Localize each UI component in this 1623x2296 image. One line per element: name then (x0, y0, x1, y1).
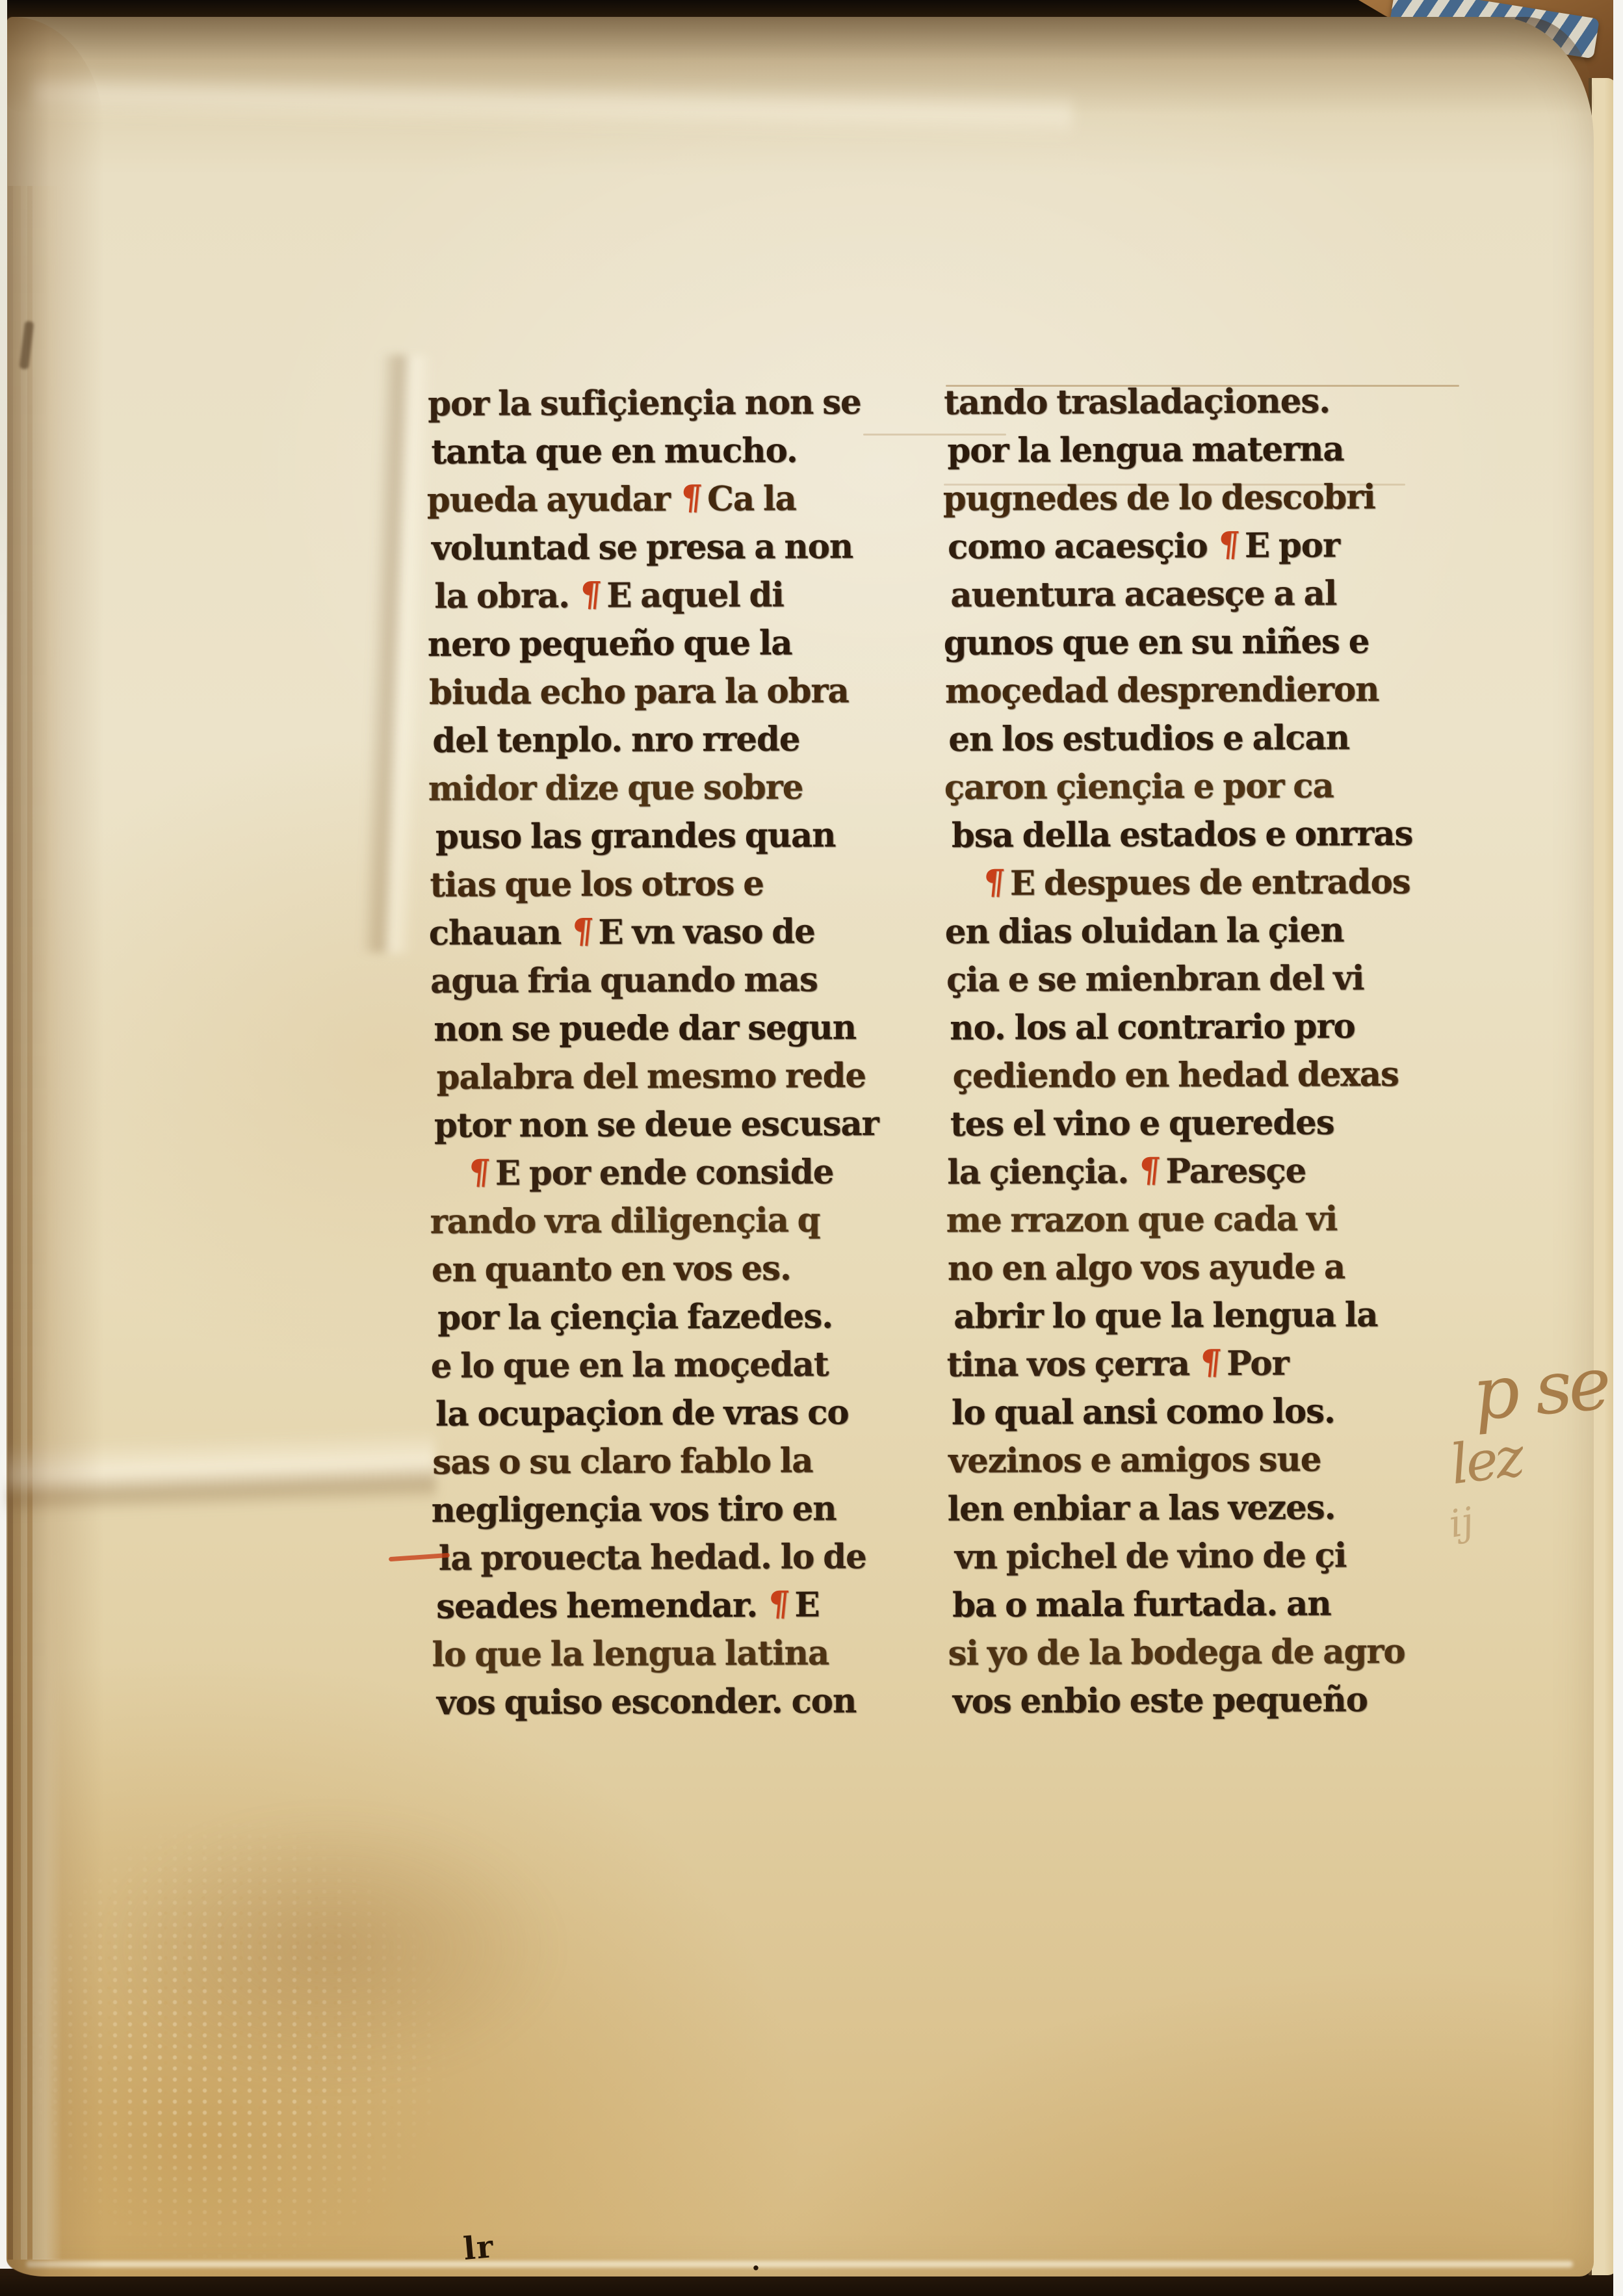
text-line: ¶E por ende conside (467, 1148, 873, 1198)
text-line: abrir lo que la lengua la (954, 1291, 1396, 1341)
pilcrow-rubric-mark: ¶ (577, 571, 603, 619)
text-line: palabra del mesmo rede (436, 1052, 872, 1102)
pilcrow-rubric-mark: ¶ (981, 859, 1006, 907)
text-line: la ocupaçion de vras co (435, 1389, 874, 1439)
text-line: bsa della estados e onrras (952, 810, 1394, 860)
text-line: negligençia vos tiro en (431, 1485, 874, 1535)
text-line: la prouecta hedad. lo de (439, 1533, 875, 1583)
text-line: pugnedes de lo descobri (943, 473, 1393, 523)
text-line: en los estudios e alcan (948, 714, 1394, 764)
text-line: la obra. ¶E aquel di (434, 571, 870, 621)
text-line: lo qual ansi como los. (952, 1387, 1397, 1437)
text-line: me rrazon que cada vi (946, 1195, 1396, 1245)
text-line: tando trasladaçiones. (944, 377, 1392, 427)
pilcrow-rubric-mark: ¶ (466, 1149, 491, 1197)
text-line: vos quiso esconder. con (437, 1677, 876, 1727)
parchment-wrinkle (32, 71, 1072, 138)
marginalia-note-mid: lez (1447, 1425, 1525, 1497)
pilcrow-rubric-mark: ¶ (1197, 1338, 1223, 1387)
text-line: del tenplo. nro rrede (432, 715, 871, 765)
text-line: moçedad desprendieron (945, 666, 1394, 716)
photo-background-strip-left (0, 0, 7, 813)
text-line: biuda echo para la obra (429, 667, 871, 717)
text-line: çediendo en hedad dexas (952, 1050, 1395, 1101)
text-line: agua fria quando mas (430, 956, 872, 1006)
text-line: tina vos çerra ¶Por (946, 1339, 1396, 1389)
text-line: çaron çiençia e por ca (944, 762, 1394, 812)
text-line: seades hemendar. ¶E (436, 1581, 875, 1631)
text-line: e lo que en la moçedat (430, 1340, 874, 1390)
text-line: voluntad se presa a non (432, 523, 870, 573)
text-line: en dias oluidan la çien (945, 906, 1395, 956)
text-line: no en algo vos ayude a (948, 1243, 1396, 1293)
text-line: non se puede dar segun (434, 1004, 872, 1054)
text-line: tanta que en mucho. (431, 426, 870, 476)
ink-smudge (19, 320, 34, 369)
parchment-wrinkle (360, 354, 433, 954)
text-line: en quanto en vos es. (432, 1244, 874, 1294)
text-line: como acaesçio ¶E por (948, 521, 1393, 571)
parchment-speckle-texture (8, 1668, 645, 2273)
manuscript-photo: por la sufiçiençia non setanta que en mu… (0, 0, 1623, 2296)
text-line: puso las grandes quan (435, 811, 872, 861)
text-line: vos enbio este pequeño (953, 1676, 1398, 1726)
pilcrow-rubric-mark: ¶ (569, 907, 595, 956)
pilcrow-rubric-mark: ¶ (678, 474, 703, 522)
text-column-right: tando trasladaçiones.por la lengua mater… (944, 377, 1398, 1726)
pilcrow-rubric-mark: ¶ (765, 1580, 790, 1628)
page-bottom-edge-highlight (26, 2261, 1573, 2267)
text-line: midor dize que sobre (428, 763, 872, 813)
text-line: por la lengua materna (947, 425, 1392, 475)
text-line: ¶E despues de entrados (981, 858, 1394, 908)
marginalia-note-top: p se (1470, 1341, 1611, 1437)
parchment-page: por la sufiçiençia non setanta que en mu… (6, 17, 1594, 2276)
bottom-ink-mark-right: · (751, 2253, 760, 2284)
text-line: si yo de la bodega de agro (948, 1628, 1397, 1678)
text-line: gunos que en su niñes e (944, 618, 1394, 668)
text-line: la çiençia. ¶Paresçe (947, 1147, 1396, 1197)
bottom-ink-mark-left: lr (462, 2228, 496, 2267)
text-line: çia e se mienbran del vi (946, 954, 1395, 1004)
text-line: len enbiar a las vezes. (947, 1483, 1397, 1533)
text-line: sas o su claro fablo la (432, 1437, 874, 1487)
text-line: lo que la lengua latina (432, 1629, 875, 1679)
text-line: chauan ¶E vn vaso de (429, 907, 872, 958)
text-line: por la çiençia fazedes. (437, 1292, 874, 1342)
gutter-page-edges (8, 186, 62, 2260)
text-line: pueda ayudar ¶Ca la (427, 475, 870, 525)
text-line: rando vra diligençia q (430, 1196, 874, 1246)
text-line: tias que los otros e (430, 859, 872, 909)
text-line: ba o mala furtada. an (952, 1580, 1397, 1630)
photo-background-strip-right (1613, 0, 1623, 2296)
text-line: vn pichel de vino de çi (955, 1532, 1397, 1582)
pilcrow-rubric-mark: ¶ (1137, 1147, 1162, 1195)
text-line: auentura acaesçe a al (950, 569, 1393, 620)
marginalia-note-faint: ij (1446, 1498, 1477, 1546)
text-line: ptor non se deue escusar (434, 1100, 873, 1150)
parchment-wrinkle (5, 1430, 436, 1517)
text-line: tes el vino e queredes (950, 1099, 1396, 1149)
text-line: por la sufiçiençia non se (428, 378, 870, 428)
pilcrow-rubric-mark: ¶ (1215, 521, 1241, 569)
text-line: no. los al contrario pro (950, 1002, 1395, 1052)
text-column-left: por la sufiçiençia non setanta que en mu… (428, 378, 876, 1727)
text-line: nero pequeño que la (428, 619, 871, 669)
text-line: vezinos e amigos sue (948, 1435, 1397, 1485)
